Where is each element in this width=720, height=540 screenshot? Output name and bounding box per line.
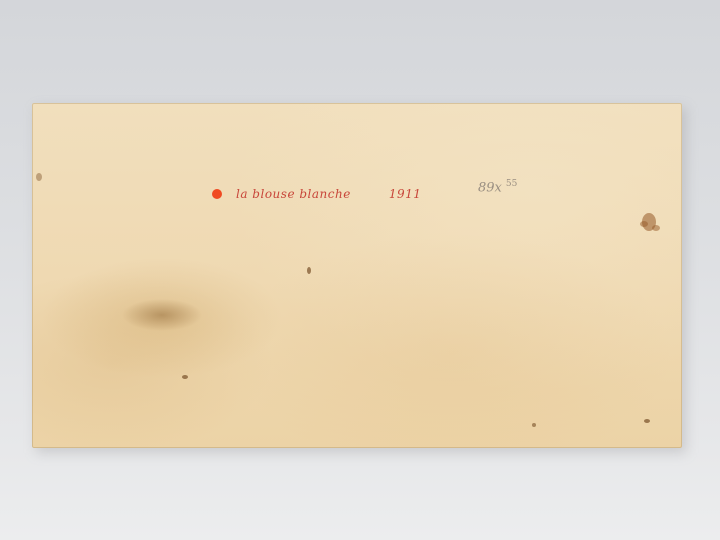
handwritten-inscription: la blouse blanche 1911 <box>212 187 421 201</box>
inscription-title: la blouse blanche <box>236 187 351 201</box>
inscription-year: 1911 <box>389 187 422 201</box>
stain <box>640 221 648 227</box>
stain <box>652 225 660 231</box>
stain <box>182 375 188 379</box>
stain <box>36 173 42 181</box>
cardboard-panel-back: la blouse blanche 1911 89x55 <box>32 103 682 448</box>
pencil-dimensions-note: 89x55 <box>478 179 517 195</box>
stain <box>307 267 311 274</box>
stain <box>532 423 536 427</box>
dimension-height: 55 <box>506 179 517 189</box>
red-dot-marker <box>212 189 222 199</box>
dimension-width: 89 <box>478 180 495 195</box>
dimension-separator: x <box>495 180 502 195</box>
stain <box>644 419 650 423</box>
